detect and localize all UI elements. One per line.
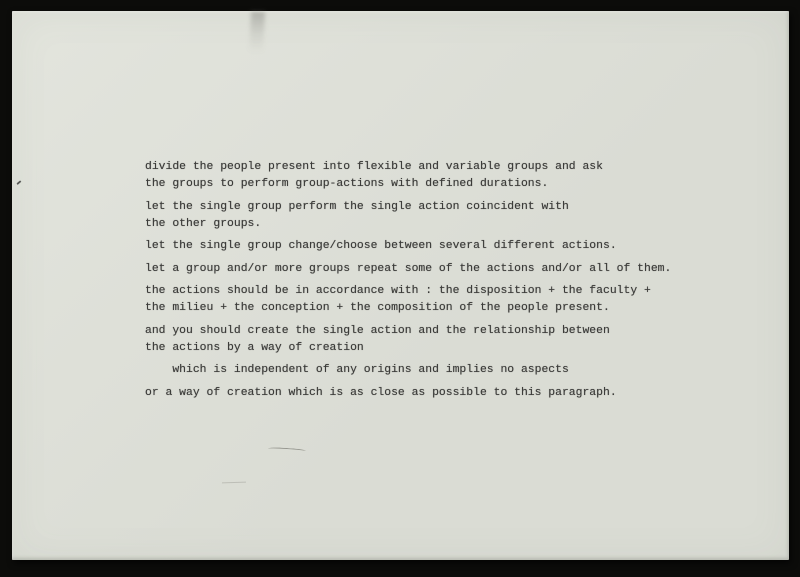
paragraph: let a group and/or more groups repeat so…: [145, 261, 705, 278]
text-line: the other groups.: [145, 216, 705, 233]
paper-sheet: divide the people present into flexible …: [12, 11, 789, 560]
text-line: which is independent of any origins and …: [145, 362, 705, 379]
text-line: divide the people present into flexible …: [145, 159, 705, 176]
pencil-mark: [268, 447, 306, 454]
text-line: and you should create the single action …: [145, 323, 705, 340]
text-line: the groups to perform group-actions with…: [145, 176, 705, 193]
text-line: or a way of creation which is as close a…: [145, 385, 705, 402]
text-line: let a group and/or more groups repeat so…: [145, 261, 705, 278]
pencil-mark-faint: [222, 482, 246, 486]
ink-speck: [16, 180, 24, 189]
text-line: the milieu + the conception + the compos…: [145, 300, 705, 317]
paragraph: and you should create the single action …: [145, 323, 705, 357]
text-line: let the single group perform the single …: [145, 199, 705, 216]
text-line: let the single group change/choose betwe…: [145, 238, 705, 255]
paragraph: the actions should be in accordance with…: [145, 283, 705, 317]
paragraph: let the single group change/choose betwe…: [145, 238, 705, 255]
paragraph: divide the people present into flexible …: [145, 159, 705, 193]
scan-background: divide the people present into flexible …: [0, 0, 800, 577]
smudge-mark: [249, 11, 265, 54]
paragraph: which is independent of any origins and …: [145, 362, 705, 379]
typewritten-text: divide the people present into flexible …: [145, 159, 705, 407]
text-line: the actions should be in accordance with…: [145, 283, 705, 300]
paragraph: let the single group perform the single …: [145, 199, 705, 233]
text-line: the actions by a way of creation: [145, 340, 705, 357]
paragraph: or a way of creation which is as close a…: [145, 385, 705, 402]
